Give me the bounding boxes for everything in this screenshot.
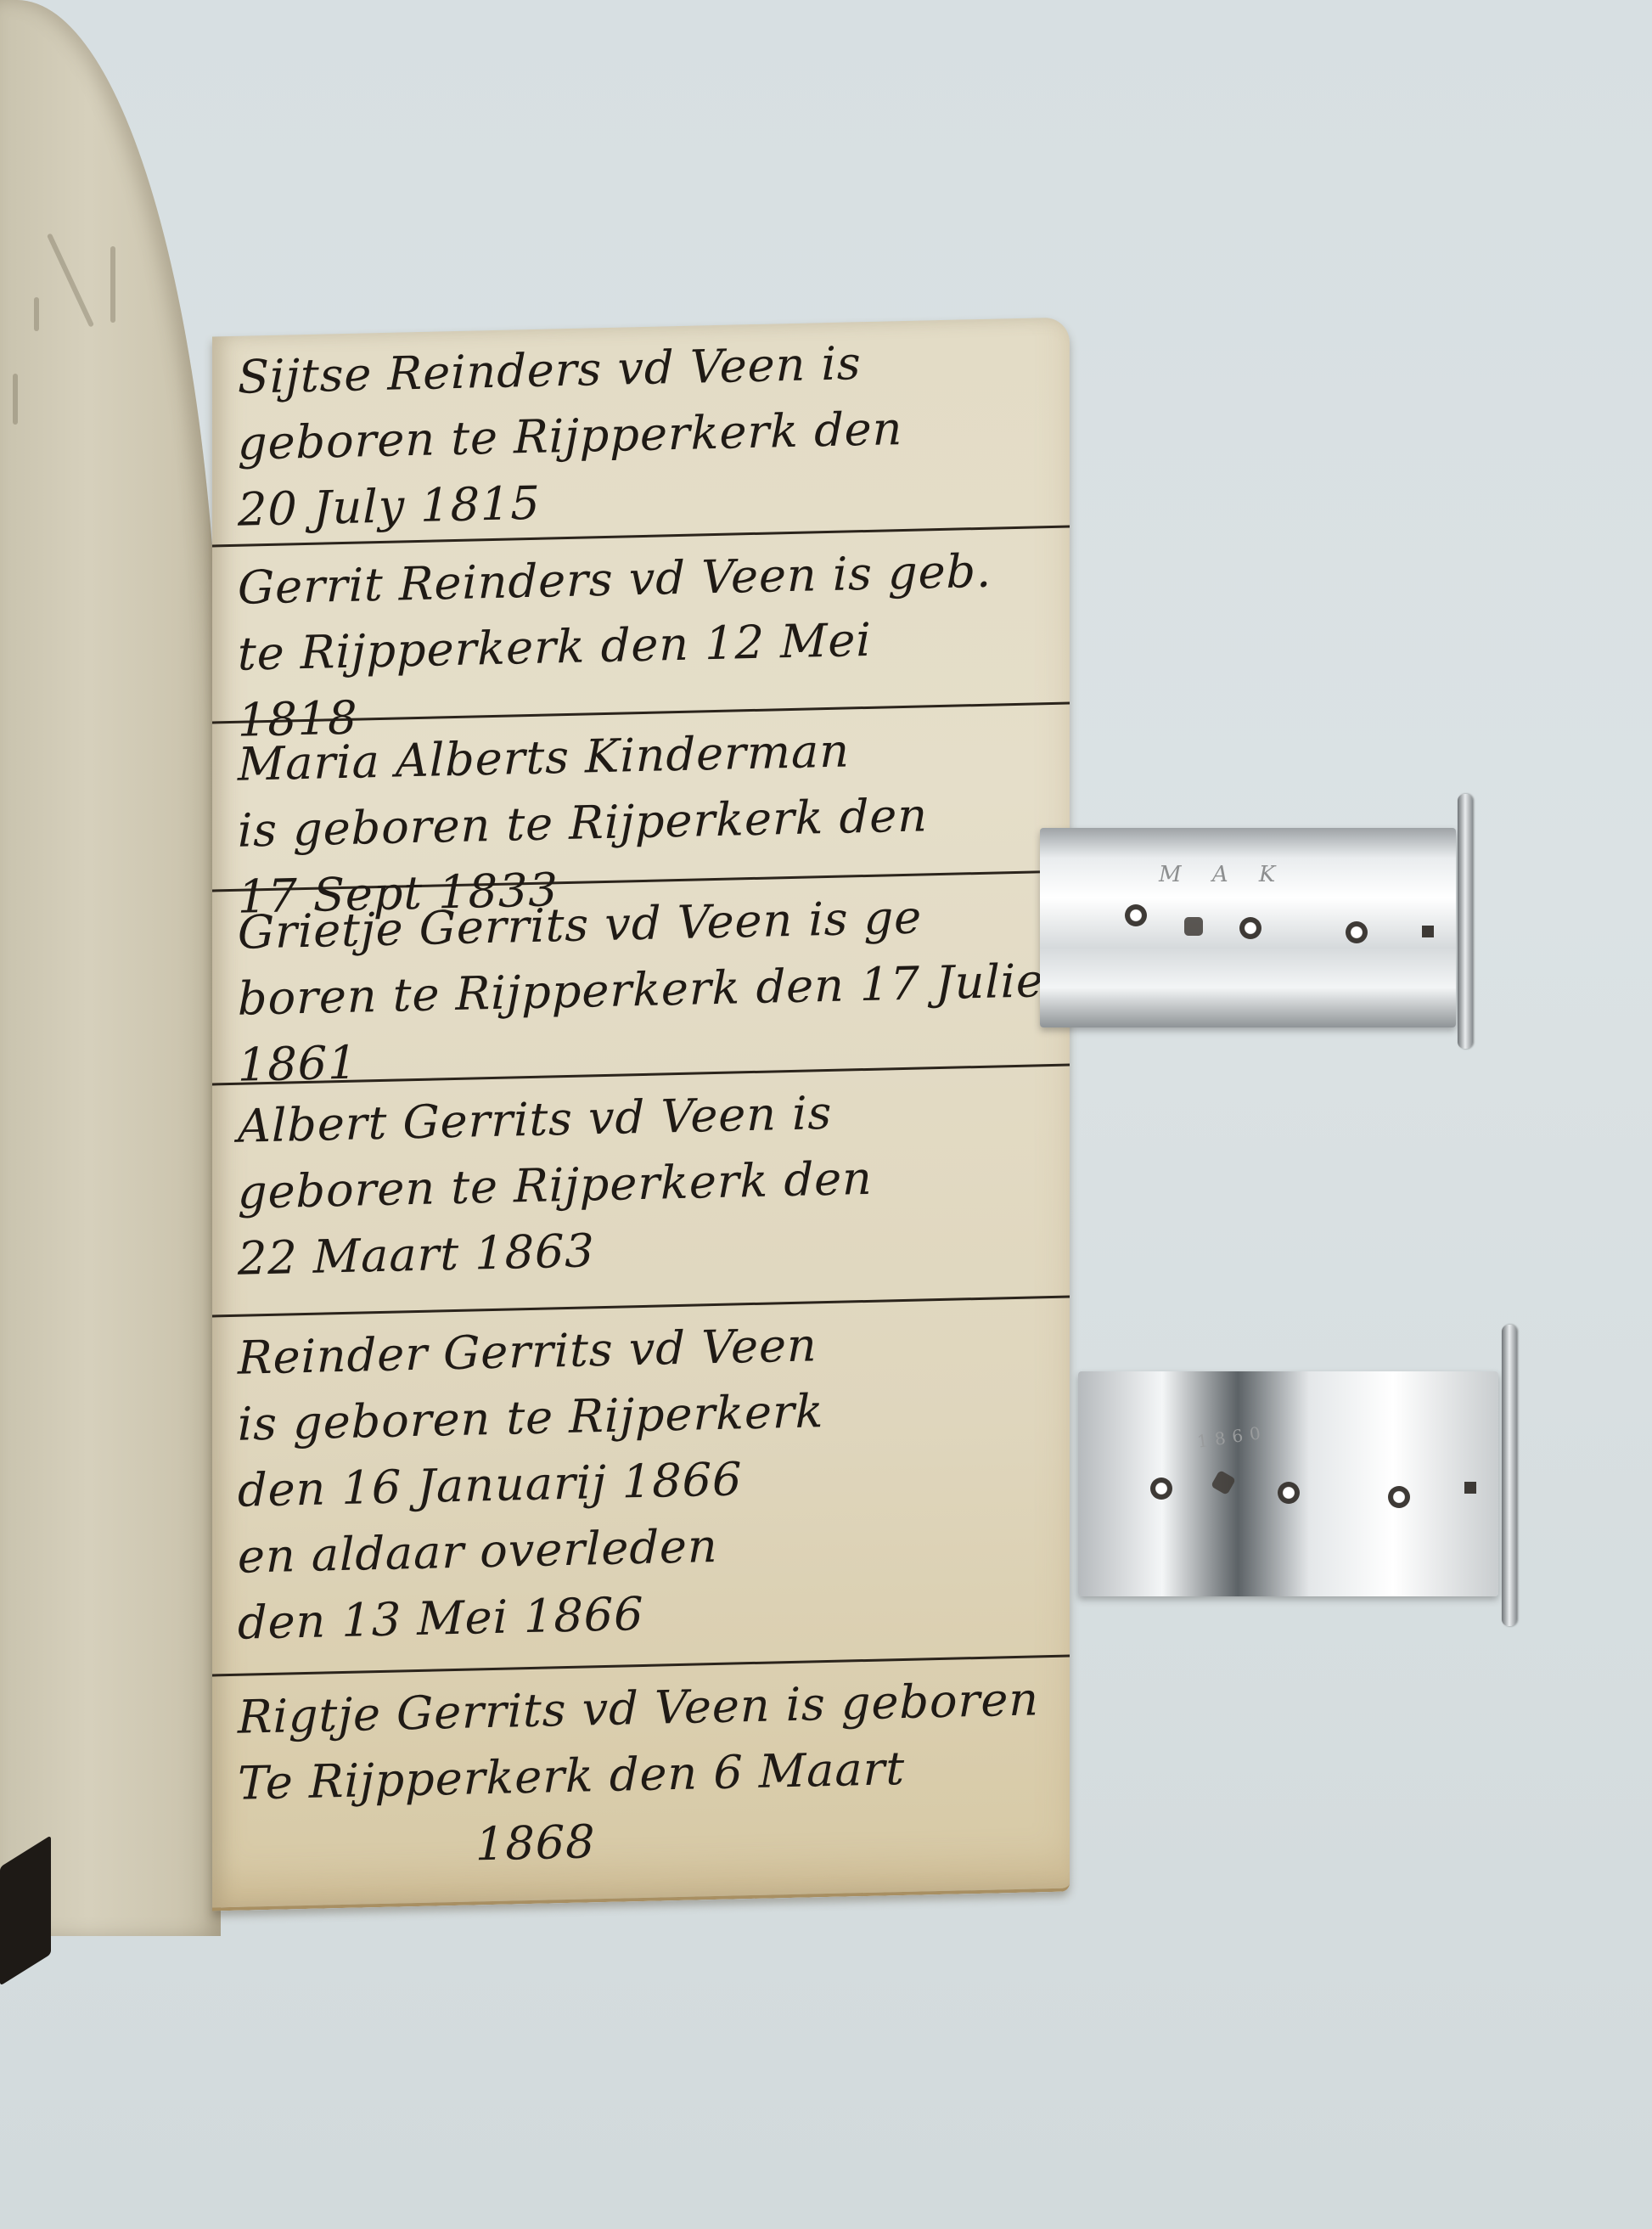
photo-scene: Sijtse Reinders vd Veen is geboren te Ri… <box>0 0 1652 2229</box>
clasp-hinge <box>1502 1325 1517 1626</box>
clasp-engraved-initials: M A K <box>1159 862 1287 887</box>
rivet <box>1278 1482 1300 1504</box>
silver-clasp-bottom: 1860 <box>1078 1371 1498 1596</box>
maker-mark-icon <box>1422 926 1434 937</box>
register-entry: Rigtje Gerrits vd Veen is geboren Te Rij… <box>212 1658 1070 1906</box>
paper-stain <box>34 297 39 331</box>
silver-clasp-top: M A K <box>1040 828 1456 1027</box>
paper-stain <box>47 233 94 327</box>
clasp-hinge <box>1458 794 1473 1049</box>
hallmark-lion-icon <box>1184 917 1203 936</box>
register-entry: Grietje Gerrits vd Veen is ge boren te R… <box>212 873 1070 1086</box>
register-page: Sijtse Reinders vd Veen is geboren te Ri… <box>212 318 1070 1911</box>
paper-stain <box>13 374 18 425</box>
clasp-date-mark: 1860 <box>1196 1421 1268 1451</box>
register-entry: Albert Gerrits vd Veen is geboren te Rij… <box>212 1067 1070 1318</box>
left-blank-page <box>0 0 221 1936</box>
register-entry: Reinder Gerrits vd Veen is geboren te Ri… <box>212 1298 1070 1677</box>
register-entry: Sijtse Reinders vd Veen is geboren te Ri… <box>212 318 1070 548</box>
maker-mark-icon <box>1464 1482 1476 1494</box>
rivet <box>1125 904 1147 926</box>
hallmark-lion-icon <box>1211 1470 1236 1495</box>
rivet <box>1150 1478 1172 1500</box>
rivet <box>1239 917 1261 939</box>
paper-stain <box>110 246 115 323</box>
rivet <box>1388 1486 1410 1508</box>
register-entry: Maria Alberts Kinderman is geboren te Ri… <box>212 705 1070 892</box>
rivet <box>1346 921 1368 943</box>
register-entry: Gerrit Reinders vd Veen is geb. te Rijpp… <box>212 528 1070 724</box>
